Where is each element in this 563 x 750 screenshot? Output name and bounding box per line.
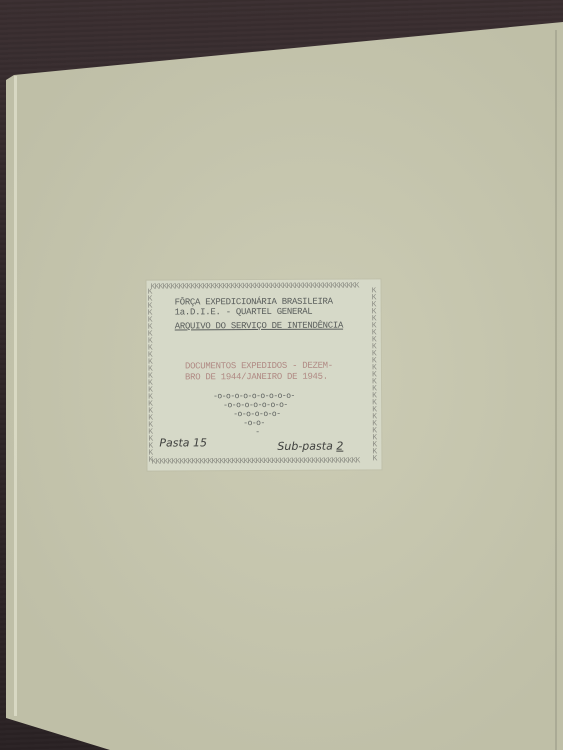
label-division: 1a.D.I.E. - QUARTEL GENERAL xyxy=(175,307,313,318)
subfolder-number: 2 xyxy=(336,440,343,453)
label-border-top: KKKKKKKKKKKKKKKKKKKKKKKKKKKKKKKKKKKKKKKK… xyxy=(151,281,377,291)
handwritten-subfolder: Sub-pasta 2 xyxy=(277,440,343,453)
separator-row: -o-o-o-o-o-o-o-o-o- xyxy=(213,392,295,401)
label-border-bottom: KKKKKKKKKKKKKKKKKKKKKKKKKKKKKKKKKKKKKKKK… xyxy=(151,456,377,466)
folder-right-edge xyxy=(555,30,557,750)
label-border-left: KKKKKKKKKKKKKKKKKKKKKKKKKKKKKKKKKKKKKKKK… xyxy=(148,289,157,463)
separator-row: -o-o-o-o-o- xyxy=(233,410,280,419)
label-border-right: KKKKKKKKKKKKKKKKKKKKKKKKKKKKKKKKKKKKKKKK… xyxy=(372,287,381,461)
separator-row: -o-o-o-o-o-o-o- xyxy=(223,401,288,410)
label-archive-title: ARQUIVO DO SERVIÇO DE INTENDÊNCIA xyxy=(175,321,343,332)
folder-label: KKKKKKKKKKKKKKKKKKKKKKKKKKKKKKKKKKKKKKKK… xyxy=(147,279,382,470)
label-document-type-line1: DOCUMENTOS EXPEDIDOS - DEZEM- xyxy=(185,361,333,372)
handwritten-folder-number: Pasta 15 xyxy=(159,436,207,449)
separator-row: -o-o- xyxy=(243,419,265,428)
separator-row: - xyxy=(255,428,259,437)
label-document-type-line2: BRO DE 1944/JANEIRO DE 1945. xyxy=(185,372,328,383)
folder-left-edge xyxy=(14,76,17,716)
subfolder-prefix: Sub-pasta xyxy=(277,440,336,453)
